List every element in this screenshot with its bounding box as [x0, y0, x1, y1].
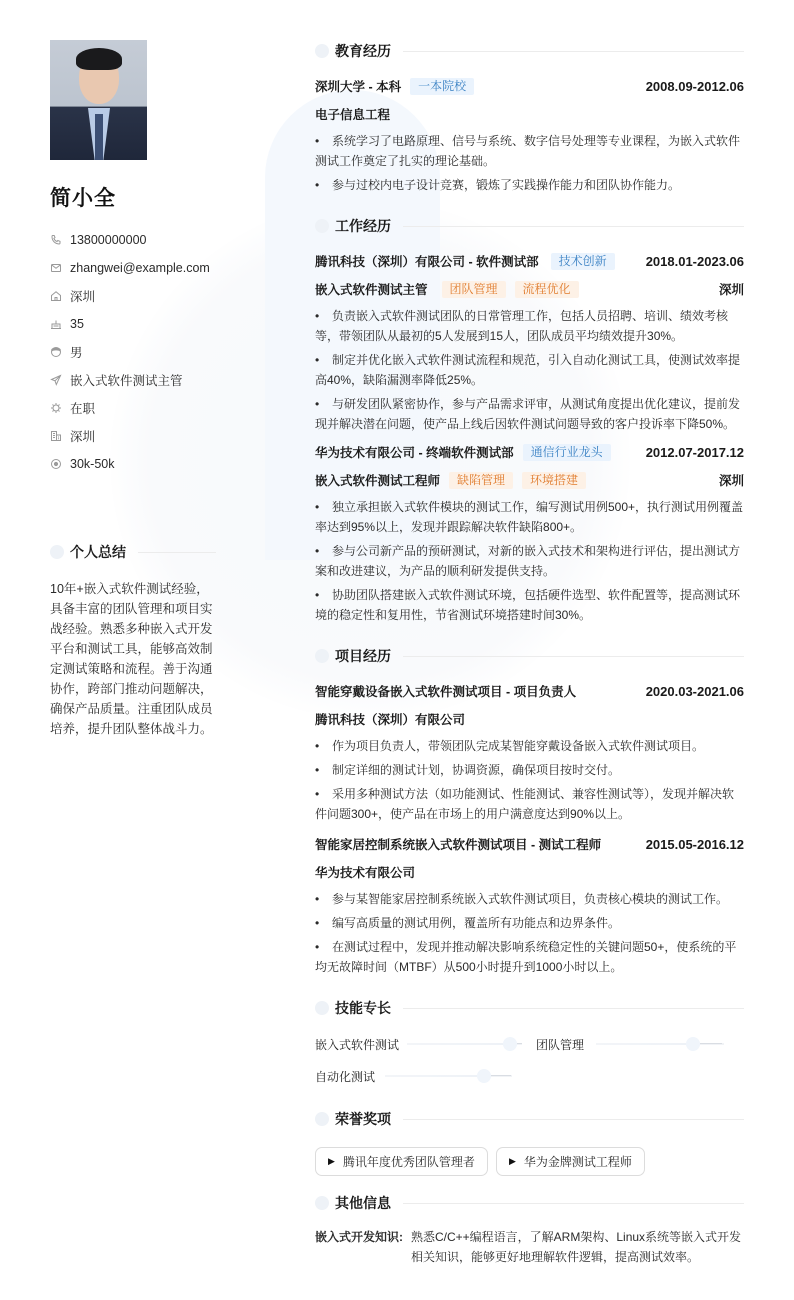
company-tag: 技术创新 — [551, 253, 615, 270]
major-name: 电子信息工程 — [315, 105, 390, 123]
project-entry: 智能穿戴设备嵌入式软件测试项目 - 项目负责人 2020.03-2021.06 … — [315, 677, 744, 824]
job-role: 嵌入式软件测试主管 — [315, 280, 428, 298]
section-bullet-icon — [315, 1001, 329, 1015]
education-row: 深圳大学 - 本科 一本院校 2008.09-2012.06 — [315, 72, 744, 100]
awards-title: 荣誉奖项 — [335, 1109, 391, 1129]
other-info-heading: 其他信息 — [315, 1192, 744, 1214]
project-date: 2020.03-2021.06 — [646, 684, 744, 699]
section-bullet-icon — [315, 44, 329, 58]
project-company-row: 腾讯科技（深圳）有限公司 — [315, 705, 744, 733]
list-item: 采用多种测试方法（如功能测试、性能测试、兼容性测试等），发现并解决软件问题300… — [315, 784, 744, 824]
job-bullets: 负责嵌入式软件测试团队的日常管理工作，包括人员招聘、培训、绩效考核等，带领团队从… — [315, 306, 744, 434]
company-tag: 通信行业龙头 — [523, 444, 611, 461]
phone-icon — [50, 234, 62, 246]
email-value: zhangwei@example.com — [70, 261, 210, 275]
project-company: 腾讯科技（深圳）有限公司 — [315, 710, 465, 728]
job-company-row: 华为技术有限公司 - 终端软件测试部 通信行业龙头 2012.07-2017.1… — [315, 438, 744, 466]
skill-item: 自动化测试 — [315, 1060, 512, 1092]
project-name: 智能家居控制系统嵌入式软件测试项目 - 测试工程师 — [315, 835, 601, 853]
status-icon — [50, 402, 62, 414]
education-heading: 教育经历 — [315, 40, 744, 62]
skill-level-knob — [686, 1037, 700, 1051]
list-item: 参与公司新产品的预研测试，对新的嵌入式技术和架构进行评估，提出测试方案和改进建议… — [315, 541, 744, 581]
section-bullet-icon — [315, 649, 329, 663]
section-bullet-icon — [50, 545, 64, 559]
heading-divider — [403, 226, 744, 227]
info-email: zhangwei@example.com — [50, 254, 220, 282]
main-column: 教育经历 深圳大学 - 本科 一本院校 2008.09-2012.06 电子信息… — [315, 40, 744, 1267]
status-value: 在职 — [70, 399, 95, 417]
role-tag: 团队管理 — [442, 281, 506, 298]
heading-divider — [138, 552, 216, 553]
skills-list: 嵌入式软件测试 团队管理 自动化测试 — [315, 1028, 744, 1092]
education-section: 教育经历 深圳大学 - 本科 一本院校 2008.09-2012.06 电子信息… — [315, 40, 744, 195]
list-item: 系统学习了电路原理、信号与系统、数字信号处理等专业课程，为嵌入式软件测试工作奠定… — [315, 131, 744, 171]
skill-name: 自动化测试 — [315, 1068, 375, 1085]
hometown-value: 深圳 — [70, 287, 95, 305]
info-status: 在职 — [50, 394, 220, 422]
projects-title: 项目经历 — [335, 646, 391, 666]
other-info-title: 其他信息 — [335, 1193, 391, 1213]
info-gender: 男 — [50, 338, 220, 366]
job-role-row: 嵌入式软件测试主管 团队管理 流程优化 深圳 — [315, 275, 744, 303]
work-heading: 工作经历 — [315, 215, 744, 237]
other-info-row: 嵌入式开发知识: 熟悉C/C++编程语言，了解ARM架构、Linux系统等嵌入式… — [315, 1227, 744, 1267]
school-name: 深圳大学 - 本科 — [315, 77, 401, 95]
job-role: 嵌入式软件测试工程师 — [315, 471, 440, 489]
sidebar: 简小全 13800000000 zhangwei@example.com 深圳 … — [50, 40, 220, 478]
salary-icon — [50, 458, 62, 470]
project-entry: 智能家居控制系统嵌入式软件测试项目 - 测试工程师 2015.05-2016.1… — [315, 830, 744, 977]
education-date: 2008.09-2012.06 — [646, 79, 744, 94]
skills-title: 技能专长 — [335, 998, 391, 1018]
heading-divider — [403, 1203, 744, 1204]
projects-section: 项目经历 智能穿戴设备嵌入式软件测试项目 - 项目负责人 2020.03-202… — [315, 645, 744, 977]
age-value: 35 — [70, 317, 84, 331]
summary-heading: 个人总结 — [50, 541, 216, 563]
awards-section: 荣誉奖项 ▶ 腾讯年度优秀团队管理者 ▶ 华为金牌测试工程师 — [315, 1108, 744, 1176]
project-date: 2015.05-2016.12 — [646, 837, 744, 852]
company-name: 腾讯科技（深圳）有限公司 - 软件测试部 — [315, 252, 539, 270]
job-date: 2018.01-2023.06 — [646, 254, 744, 269]
skill-item: 嵌入式软件测试 — [315, 1028, 536, 1060]
other-info-value: 熟悉C/C++编程语言，了解ARM架构、Linux系统等嵌入式开发相关知识，能够… — [411, 1227, 744, 1267]
other-info-key: 嵌入式开发知识: — [315, 1227, 403, 1267]
heading-divider — [403, 656, 744, 657]
project-company-row: 华为技术有限公司 — [315, 858, 744, 886]
awards-list: ▶ 腾讯年度优秀团队管理者 ▶ 华为金牌测试工程师 — [315, 1147, 744, 1176]
list-item: 参与过校内电子设计竞赛，锻炼了实践操作能力和团队协作能力。 — [315, 175, 744, 195]
summary-section: 个人总结 10年+嵌入式软件测试经验，具备丰富的团队管理和项目实战经验。熟悉多种… — [50, 541, 216, 739]
info-target-city: 深圳 — [50, 422, 220, 450]
info-salary: 30k-50k — [50, 450, 220, 478]
education-title: 教育经历 — [335, 41, 391, 61]
skill-level-knob — [503, 1037, 517, 1051]
award-item[interactable]: ▶ 华为金牌测试工程师 — [496, 1147, 645, 1176]
award-item[interactable]: ▶ 腾讯年度优秀团队管理者 — [315, 1147, 488, 1176]
role-tag: 缺陷管理 — [449, 472, 513, 489]
mail-icon — [50, 262, 62, 274]
project-bullets: 参与某智能家居控制系统嵌入式软件测试项目，负责核心模块的测试工作。 编写高质量的… — [315, 889, 744, 977]
list-item: 制定详细的测试计划，协调资源，确保项目按时交付。 — [315, 760, 744, 780]
job-entry: 腾讯科技（深圳）有限公司 - 软件测试部 技术创新 2018.01-2023.0… — [315, 247, 744, 434]
section-bullet-icon — [315, 219, 329, 233]
project-name: 智能穿戴设备嵌入式软件测试项目 - 项目负责人 — [315, 682, 576, 700]
info-target-position: 嵌入式软件测试主管 — [50, 366, 220, 394]
heading-divider — [403, 1119, 744, 1120]
salary-value: 30k-50k — [70, 457, 114, 471]
list-item: 在测试过程中，发现并推动解决影响系统稳定性的关键问题50+，使系统的平均无故障时… — [315, 937, 744, 977]
projects-heading: 项目经历 — [315, 645, 744, 667]
section-bullet-icon — [315, 1196, 329, 1210]
award-label: 腾讯年度优秀团队管理者 — [343, 1153, 475, 1170]
skill-name: 团队管理 — [536, 1036, 584, 1053]
profile-photo — [50, 40, 147, 160]
play-triangle-icon: ▶ — [328, 1156, 335, 1167]
project-name-row: 智能穿戴设备嵌入式软件测试项目 - 项目负责人 2020.03-2021.06 — [315, 677, 744, 705]
list-item: 独立承担嵌入式软件模块的测试工作，编写测试用例500+，执行测试用例覆盖率达到9… — [315, 497, 744, 537]
education-bullets: 系统学习了电路原理、信号与系统、数字信号处理等专业课程，为嵌入式软件测试工作奠定… — [315, 131, 744, 195]
job-company-row: 腾讯科技（深圳）有限公司 - 软件测试部 技术创新 2018.01-2023.0… — [315, 247, 744, 275]
awards-heading: 荣誉奖项 — [315, 1108, 744, 1130]
list-item: 参与某智能家居控制系统嵌入式软件测试项目，负责核心模块的测试工作。 — [315, 889, 744, 909]
heading-divider — [403, 51, 744, 52]
summary-title: 个人总结 — [70, 542, 126, 562]
job-role-row: 嵌入式软件测试工程师 缺陷管理 环境搭建 深圳 — [315, 466, 744, 494]
major-row: 电子信息工程 — [315, 100, 744, 128]
gender-icon — [50, 346, 62, 358]
skill-level-bar — [596, 1043, 724, 1045]
company-name: 华为技术有限公司 - 终端软件测试部 — [315, 443, 514, 461]
award-label: 华为金牌测试工程师 — [524, 1153, 632, 1170]
list-item: 协助团队搭建嵌入式软件测试环境，包括硬件选型、软件配置等，提高测试环境的稳定性和… — [315, 585, 744, 625]
role-tag: 环境搭建 — [522, 472, 586, 489]
target-city-value: 深圳 — [70, 427, 95, 445]
gender-value: 男 — [70, 343, 83, 361]
section-bullet-icon — [315, 1112, 329, 1126]
send-icon — [50, 374, 62, 386]
list-item: 制定并优化嵌入式软件测试流程和规范，引入自动化测试工具，使测试效率提高40%，缺… — [315, 350, 744, 390]
building-icon — [50, 430, 62, 442]
role-tag: 流程优化 — [515, 281, 579, 298]
project-bullets: 作为项目负责人，带领团队完成某智能穿戴设备嵌入式软件测试项目。 制定详细的测试计… — [315, 736, 744, 824]
school-tag: 一本院校 — [410, 78, 474, 95]
project-company: 华为技术有限公司 — [315, 863, 415, 881]
play-triangle-icon: ▶ — [509, 1156, 516, 1167]
project-name-row: 智能家居控制系统嵌入式软件测试项目 - 测试工程师 2015.05-2016.1… — [315, 830, 744, 858]
skill-item: 团队管理 — [536, 1028, 724, 1060]
skill-level-bar — [385, 1075, 512, 1077]
skills-heading: 技能专长 — [315, 997, 744, 1019]
home-icon — [50, 290, 62, 302]
target-position-value: 嵌入式软件测试主管 — [70, 371, 183, 389]
skill-level-bar — [407, 1043, 522, 1045]
list-item: 与研发团队紧密协作，参与产品需求评审，从测试角度提出优化建议，提前发现并解决潜在… — [315, 394, 744, 434]
info-phone: 13800000000 — [50, 226, 220, 254]
skills-section: 技能专长 嵌入式软件测试 团队管理 — [315, 997, 744, 1092]
photo-hair — [76, 48, 122, 70]
cake-icon — [50, 318, 62, 330]
list-item: 负责嵌入式软件测试团队的日常管理工作，包括人员招聘、培训、绩效考核等，带领团队从… — [315, 306, 744, 346]
contact-info-list: 13800000000 zhangwei@example.com 深圳 35 男… — [50, 226, 220, 478]
info-age: 35 — [50, 310, 220, 338]
info-hometown: 深圳 — [50, 282, 220, 310]
candidate-name: 简小全 — [50, 182, 220, 212]
photo-tie — [95, 114, 103, 160]
skill-level-knob — [477, 1069, 491, 1083]
summary-text: 10年+嵌入式软件测试经验，具备丰富的团队管理和项目实战经验。熟悉多种嵌入式开发… — [50, 579, 216, 739]
other-info-section: 其他信息 嵌入式开发知识: 熟悉C/C++编程语言，了解ARM架构、Linux系… — [315, 1192, 744, 1267]
phone-value: 13800000000 — [70, 233, 146, 247]
work-title: 工作经历 — [335, 216, 391, 236]
skill-name: 嵌入式软件测试 — [315, 1036, 399, 1053]
job-date: 2012.07-2017.12 — [646, 445, 744, 460]
heading-divider — [403, 1008, 744, 1009]
job-bullets: 独立承担嵌入式软件模块的测试工作，编写测试用例500+，执行测试用例覆盖率达到9… — [315, 497, 744, 625]
job-entry: 华为技术有限公司 - 终端软件测试部 通信行业龙头 2012.07-2017.1… — [315, 438, 744, 625]
job-city: 深圳 — [719, 471, 744, 489]
list-item: 编写高质量的测试用例，覆盖所有功能点和边界条件。 — [315, 913, 744, 933]
job-city: 深圳 — [719, 280, 744, 298]
resume-page: 简小全 13800000000 zhangwei@example.com 深圳 … — [0, 0, 794, 1300]
work-section: 工作经历 腾讯科技（深圳）有限公司 - 软件测试部 技术创新 2018.01-2… — [315, 215, 744, 625]
list-item: 作为项目负责人，带领团队完成某智能穿戴设备嵌入式软件测试项目。 — [315, 736, 744, 756]
